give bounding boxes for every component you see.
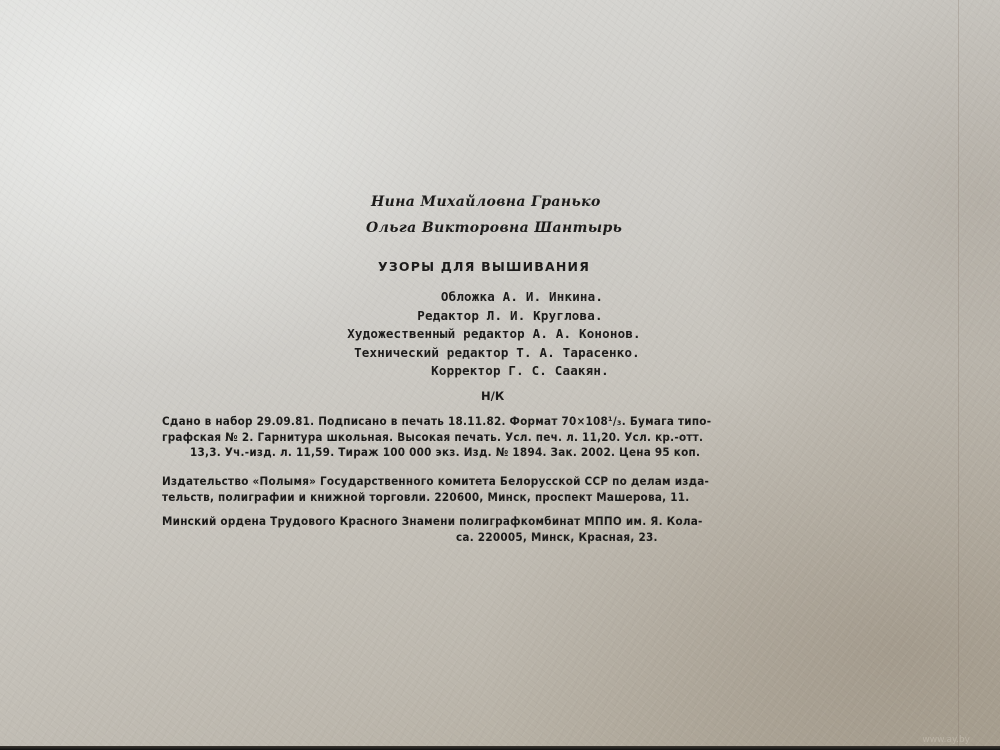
page-fold-line <box>958 0 959 746</box>
author-1: Нина Михайловна Гранько <box>371 194 601 210</box>
publisher-info-line: Издательство «Полымя» Государственного к… <box>162 474 682 490</box>
credit-editor: Редактор Л. И. Круглова. <box>300 307 680 326</box>
credit-proofreader: Корректор Г. С. Саакян. <box>300 362 680 381</box>
printer-info-line: са. 220005, Минск, Красная, 23. <box>162 530 682 546</box>
printer-info-block: Минский ордена Трудового Красного Знамен… <box>162 514 682 545</box>
watermark: www.ay.by <box>922 735 970 745</box>
author-2: Ольга Викторовна Шантырь <box>366 220 622 236</box>
print-info-block: Сдано в набор 29.09.81. Подписано в печа… <box>162 414 682 461</box>
credits-block: Обложка А. И. Инкина. Редактор Л. И. Кру… <box>300 288 680 381</box>
page-bottom-edge <box>0 746 1000 750</box>
credit-cover: Обложка А. И. Инкина. <box>300 288 680 307</box>
credit-art-editor: Художественный редактор А. А. Кононов. <box>300 325 680 344</box>
book-title: УЗОРЫ ДЛЯ ВЫШИВАНИЯ <box>378 259 590 274</box>
credit-tech-editor: Технический редактор Т. А. Тарасенко. <box>300 344 680 363</box>
publisher-info-block: Издательство «Полымя» Государственного к… <box>162 474 682 505</box>
signature-mark: Н/К <box>481 389 504 403</box>
publisher-info-line: тельств, полиграфии и книжной торговли. … <box>162 490 682 506</box>
printer-info-line: Минский ордена Трудового Красного Знамен… <box>162 514 682 530</box>
print-info-line: Сдано в набор 29.09.81. Подписано в печа… <box>162 414 682 430</box>
print-info-line: графская № 2. Гарнитура школьная. Высока… <box>162 430 682 446</box>
print-info-line: 13,3. Уч.-изд. л. 11,59. Тираж 100 000 э… <box>162 445 682 461</box>
